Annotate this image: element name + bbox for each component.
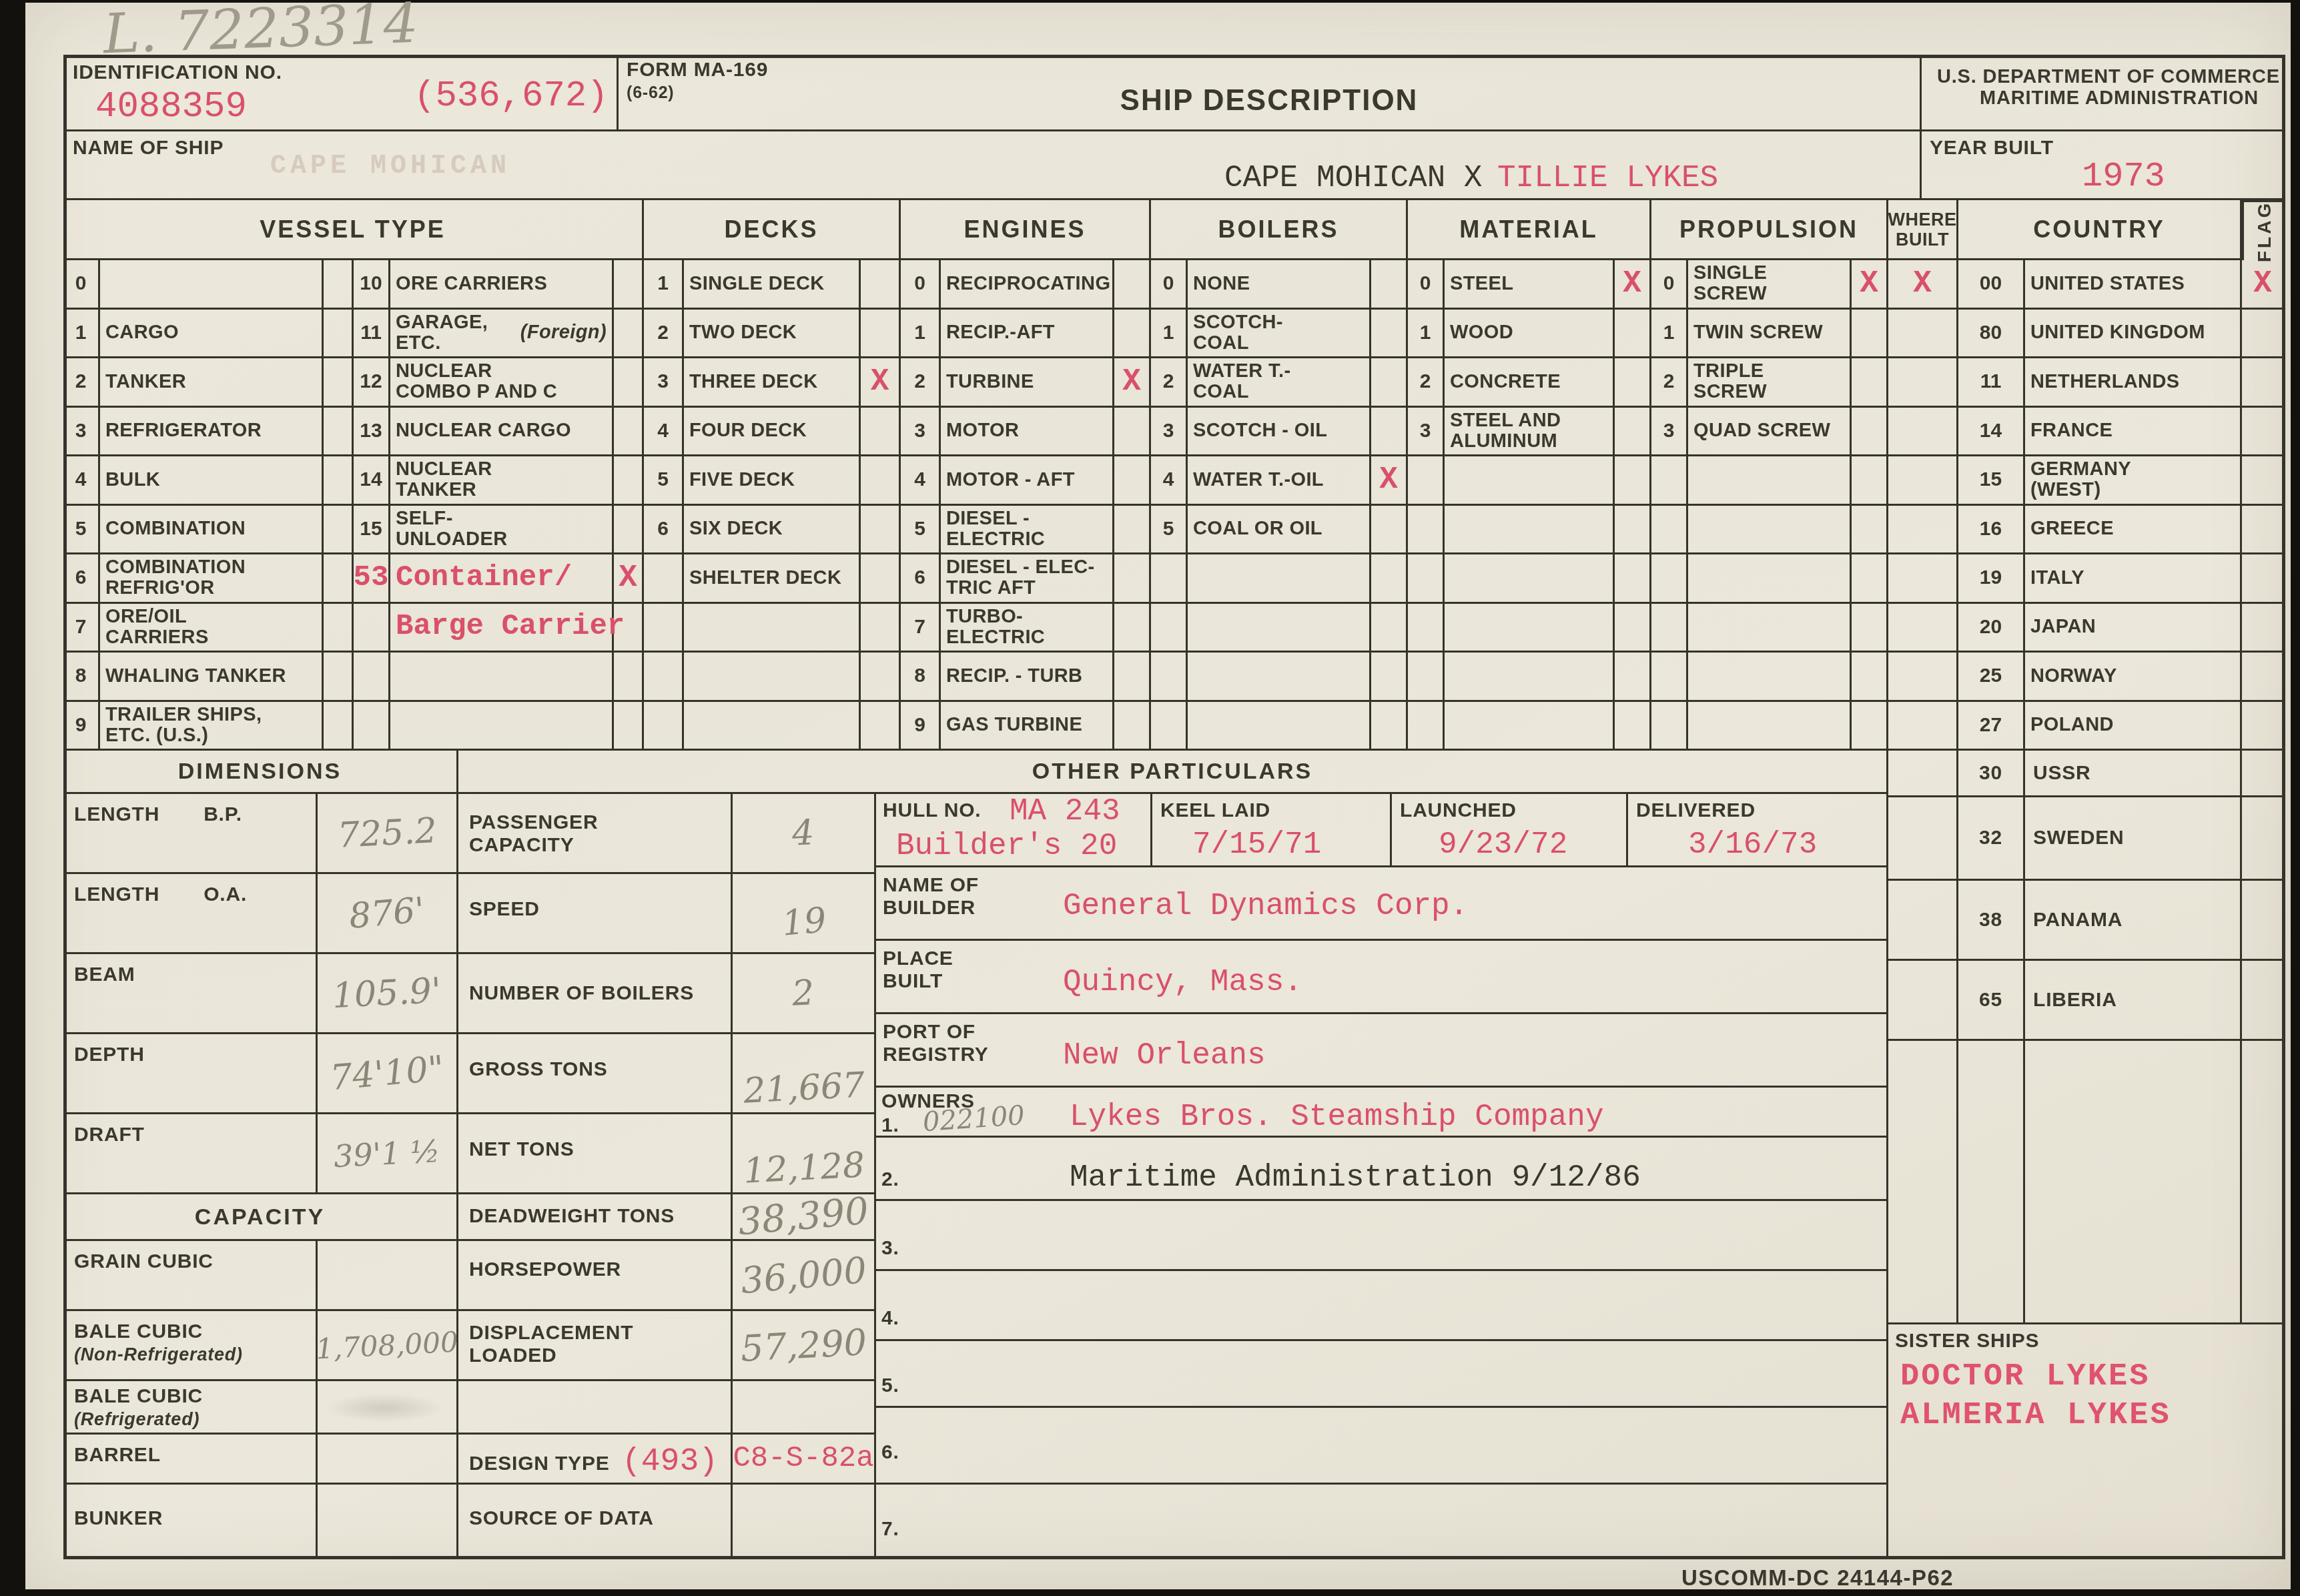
cls-country-r4-label: GERMANY (WEST) <box>2025 456 2242 506</box>
header-vessel-type: VESSEL TYPE <box>63 200 644 260</box>
bale-nr-value: 1,708,000 <box>315 1325 459 1365</box>
deadweight-tons-label: DEADWEIGHT TONS <box>469 1205 675 1227</box>
cls-vt2-r3-label: NUCLEAR CARGO <box>390 408 614 457</box>
cls-vt1-r3-num: 3 <box>63 408 100 457</box>
cls-boilers-r4-text: X <box>1379 462 1398 497</box>
cls-country-r1-text: 80 <box>1980 322 2002 344</box>
cls-vt2-r0-text: 10 <box>360 272 382 295</box>
cls-vt2-r4-check <box>614 456 644 506</box>
cls-engines-r3-label: MOTOR <box>941 408 1114 457</box>
cls-engines-r2-label: TURBINE <box>941 358 1114 408</box>
cls-propulsion-r0-text: 0 <box>1663 272 1675 295</box>
cls-material-r5-label <box>1445 506 1615 555</box>
cls-material-r2-num: 2 <box>1408 358 1445 408</box>
cls-country-r6-label: ITALY <box>2025 554 2242 604</box>
cls-decks-r1-label: TWO DECK <box>684 310 861 359</box>
cls-country-r8-num: 25 <box>1958 653 2025 702</box>
owner3-number: 3. <box>881 1237 899 1260</box>
cls-material-r5-check <box>1615 506 1651 555</box>
cls-engines-r6-num: 6 <box>901 554 941 604</box>
cls-material-r7-label <box>1445 604 1615 653</box>
length-bp-sub: B.P. <box>204 803 242 825</box>
row-owners-3: 3. <box>876 1201 1888 1271</box>
horsepower-label: HORSEPOWER <box>469 1258 621 1280</box>
header-decks: DECKS <box>644 200 901 260</box>
cls-country-r8-text: NORWAY <box>2030 666 2117 687</box>
bale-r-label: BALE CUBIC <box>74 1385 203 1407</box>
cls-vt2-r9-label <box>390 702 614 751</box>
cls-engines-r8-text: 8 <box>914 665 925 687</box>
country-row-ussr: 30 USSR <box>1888 751 2285 797</box>
cls-propulsion-r8-num <box>1651 653 1688 702</box>
mid-row-deadweight: DEADWEIGHT TONS 38,390 <box>458 1194 876 1241</box>
cls-decks-r0-text: 1 <box>657 272 669 295</box>
cls-vt1-r1-text: 1 <box>75 322 87 344</box>
owner1-code: 022100 <box>922 1100 1026 1138</box>
cls-decks-r5-text: 6 <box>657 518 669 540</box>
cls-decks-r2-text: X <box>871 364 889 399</box>
place-built-value: Quincy, Mass. <box>1063 965 1302 1000</box>
cls-country-r9-text: POLAND <box>2030 715 2114 735</box>
other-particulars-title: OTHER PARTICULARS <box>1032 760 1313 783</box>
cls-engines-r6-check <box>1114 554 1151 604</box>
draft-label: DRAFT <box>74 1124 145 1146</box>
cls-material-r1-num: 1 <box>1408 310 1445 359</box>
agency-line1: U.S. DEPARTMENT OF COMMERCE <box>1922 65 2280 88</box>
cls-decks-r2-num: 3 <box>644 358 684 408</box>
barrel-label: BARREL <box>74 1444 161 1466</box>
sister-ship-1: DOCTOR LYKES <box>1900 1359 2150 1394</box>
cls-engines-r7-text: 7 <box>914 616 925 639</box>
cls-engines-r7-num: 7 <box>901 604 941 653</box>
speed-value: 19 <box>779 883 827 943</box>
cls-vt2-r5-text: SELF- UNLOADER <box>396 508 508 550</box>
delivered-cell: DELIVERED 3/16/73 <box>1628 794 1888 867</box>
mid-row-source: SOURCE OF DATA <box>458 1485 876 1559</box>
cls-vt1-r9-check <box>324 702 354 751</box>
cls-boilers-r3-check <box>1371 408 1408 457</box>
cls-engines-r7-check <box>1114 604 1151 653</box>
cls-boilers-r9-label <box>1188 702 1371 751</box>
keel-laid-cell: KEEL LAID 7/15/71 <box>1152 794 1392 867</box>
cls-material-r7-num <box>1408 604 1445 653</box>
cls-material-r4-num <box>1408 456 1445 506</box>
cls-propulsion-r9-check <box>1852 702 1888 751</box>
cls-material-r3-text: STEEL AND ALUMINUM <box>1450 410 1561 452</box>
country-label-panama: PANAMA <box>2025 881 2242 961</box>
cls-propulsion-r5-label <box>1688 506 1852 555</box>
cls-vt2-r7-label: Barge Carrier <box>390 604 614 653</box>
design-type-paren: (493) <box>622 1444 718 1480</box>
cls-propulsion-r0-text: SINGLE SCREW <box>1693 263 1844 304</box>
cls-material-r0-text: 0 <box>1420 272 1431 295</box>
cls-propulsion-r4-label <box>1688 456 1852 506</box>
bunker-label: BUNKER <box>74 1507 163 1529</box>
cls-vt2-r9-num <box>354 702 390 751</box>
cls-vt1-r2-text: 2 <box>75 370 87 393</box>
cls-propulsion-r2-num: 2 <box>1651 358 1688 408</box>
cls-boilers-r7-check <box>1371 604 1408 653</box>
cls-propulsion-r5-num <box>1651 506 1688 555</box>
cls-engines-r7-label: TURBO- ELECTRIC <box>941 604 1114 653</box>
cls-material-r2-text: 2 <box>1420 370 1431 393</box>
agency-line2: MARITIME ADMINISTRATION <box>1922 87 2259 109</box>
cls-material-r7-check <box>1615 604 1651 653</box>
cls-vt2-r0-check <box>614 260 644 310</box>
cls-vt2-r3-text: NUCLEAR CARGO <box>396 420 571 441</box>
cls-decks-r0-check <box>861 260 901 310</box>
mid-row-empty <box>458 1381 876 1435</box>
cls-material-r2-label: CONCRETE <box>1445 358 1615 408</box>
cls-country-r6-text: 19 <box>1980 566 2002 589</box>
dim-row-draft: DRAFT 39'1 ½ <box>63 1114 458 1194</box>
cls-material-r3-num: 3 <box>1408 408 1445 457</box>
cls-vt2-r2-num: 12 <box>354 358 390 408</box>
cls-boilers-r6-num <box>1151 554 1188 604</box>
port-of-registry-value: New Orleans <box>1063 1038 1266 1073</box>
cls-boilers-r4-text: WATER T.-OIL <box>1193 470 1324 490</box>
hull-no-builders: Builder's 20 <box>896 829 1117 863</box>
cls-vt1-r9-num: 9 <box>63 702 100 751</box>
cls-engines-r2-check: X <box>1114 358 1151 408</box>
cls-vt1-r4-text: 4 <box>75 468 87 491</box>
cls-engines-r0-text: 0 <box>914 272 925 295</box>
owner6-number: 6. <box>881 1441 899 1464</box>
country-label-liberia: LIBERIA <box>2025 961 2242 1041</box>
footer-print-code: USCOMM-DC 24144-P62 <box>1681 1567 1954 1589</box>
cls-wherebuilt-r2-check <box>1888 358 1958 408</box>
cls-material-r6-num <box>1408 554 1445 604</box>
mid-row-horsepower: HORSEPOWER 36,000 <box>458 1241 876 1311</box>
cls-country-r9-num: 27 <box>1958 702 2025 751</box>
cls-country-r3-num: 14 <box>1958 408 2025 457</box>
cls-boilers-r0-num: 0 <box>1151 260 1188 310</box>
country-label-sweden: SWEDEN <box>2025 797 2242 881</box>
cls-engines-r4-label: MOTOR - AFT <box>941 456 1114 506</box>
header-engines: ENGINES <box>901 200 1151 260</box>
cls-engines-r1-label: RECIP.-AFT <box>941 310 1114 359</box>
cls-propulsion-r8-check <box>1852 653 1888 702</box>
length-oa-sub: O.A. <box>204 883 247 905</box>
cls-boilers-r3-label: SCOTCH - OIL <box>1188 408 1371 457</box>
cls-country-r2-text: 11 <box>1980 370 2002 393</box>
cls-material-r1-label: WOOD <box>1445 310 1615 359</box>
cls-country-r7-text: 20 <box>1980 616 2002 639</box>
cls-engines-r6-text: 6 <box>914 566 925 589</box>
cls-flag-r7-check <box>2242 604 2285 653</box>
dim-row-length-bp: LENGTHB.P. 725.2 <box>63 794 458 874</box>
cls-decks-r3-text: FOUR DECK <box>689 420 807 441</box>
cls-vt1-r0-text: 0 <box>75 272 87 295</box>
cls-country-r0-num: 00 <box>1958 260 2025 310</box>
cls-engines-r8-label: RECIP. - TURB <box>941 653 1114 702</box>
cls-decks-r4-text: FIVE DECK <box>689 470 795 490</box>
cls-vt1-r2-label: TANKER <box>100 358 324 408</box>
cls-vt2-r1-check <box>614 310 644 359</box>
country-row-empty <box>1888 1041 2285 1324</box>
cls-material-r2-check <box>1615 358 1651 408</box>
cls-vt1-r5-text: 5 <box>75 518 87 540</box>
identification-value: 4088359 <box>95 87 247 127</box>
cls-vt1-r6-text: COMBINATION REFRIG'OR <box>105 557 246 598</box>
cls-vt1-r0-check <box>324 260 354 310</box>
cls-propulsion-r9-label <box>1688 702 1852 751</box>
cls-engines-r9-text: 9 <box>914 714 925 737</box>
cls-vt2-r8-label <box>390 653 614 702</box>
cls-vt2-r5-text: 15 <box>360 518 382 540</box>
mid-row-boilers: NUMBER OF BOILERS 2 <box>458 954 876 1034</box>
cls-engines-r9-label: GAS TURBINE <box>941 702 1114 751</box>
keel-laid-value: 7/15/71 <box>1192 827 1321 862</box>
cls-decks-r1-text: 2 <box>657 322 669 344</box>
cls-country-r8-label: NORWAY <box>2025 653 2242 702</box>
row-port-registry: PORT OF REGISTRY New Orleans <box>876 1014 1888 1088</box>
cls-boilers-r6-check <box>1371 554 1408 604</box>
country-num-ussr: 30 <box>1958 751 2025 797</box>
gross-tons-label: GROSS TONS <box>469 1058 607 1080</box>
bale-nr-sub: (Non-Refrigerated) <box>74 1343 316 1366</box>
cap-row-bale-nr: BALE CUBIC (Non-Refrigerated) 1,708,000 <box>63 1311 458 1381</box>
cls-material-r0-label: STEEL <box>1445 260 1615 310</box>
row-hull-dates: HULL NO. MA 243 Builder's 20 KEEL LAID 7… <box>876 794 1888 867</box>
cls-engines-r3-text: 3 <box>914 420 925 442</box>
cls-vt2-r0-label: ORE CARRIERS <box>390 260 614 310</box>
cls-boilers-r3-text: SCOTCH - OIL <box>1193 420 1327 441</box>
cls-vt2-r4-text: NUCLEAR TANKER <box>396 459 492 500</box>
cls-vt1-r3-check <box>324 408 354 457</box>
cls-vt1-r7-num: 7 <box>63 604 100 653</box>
country-row-liberia: 65 LIBERIA <box>1888 961 2285 1041</box>
cls-vt2-r8-check <box>614 653 644 702</box>
cls-boilers-r6-label <box>1188 554 1371 604</box>
cls-material-r0-text: STEEL <box>1450 274 1513 294</box>
country-row-panama: 38 PANAMA <box>1888 881 2285 961</box>
cls-engines-r3-check <box>1114 408 1151 457</box>
cls-vt2-r2-text: NUCLEAR COMBO P AND C <box>396 361 557 402</box>
cls-boilers-r7-num <box>1151 604 1188 653</box>
cls-propulsion-r1-check <box>1852 310 1888 359</box>
keel-laid-label: KEEL LAID <box>1160 799 1270 822</box>
cls-boilers-r9-check <box>1371 702 1408 751</box>
cls-vt1-r6-label: COMBINATION REFRIG'OR <box>100 554 324 604</box>
cls-country-r4-num: 15 <box>1958 456 2025 506</box>
cls-vt1-r7-text: 7 <box>75 616 87 639</box>
country-num-panama: 38 <box>1958 881 2025 961</box>
cls-boilers-r4-text: 4 <box>1163 468 1174 491</box>
cls-flag-r8-check <box>2242 653 2285 702</box>
cls-engines-r4-check <box>1114 456 1151 506</box>
owner1-name: Lykes Bros. Steamship Company <box>1070 1100 1604 1134</box>
cls-boilers-r0-text: 0 <box>1163 272 1174 295</box>
cls-propulsion-r1-text: TWIN SCREW <box>1693 322 1823 343</box>
cls-vt1-r1-num: 1 <box>63 310 100 359</box>
cls-decks-r9-num <box>644 702 684 751</box>
design-type-value: C8-S-82a <box>733 1442 873 1475</box>
row-builder: NAME OF BUILDER General Dynamics Corp. <box>876 867 1888 941</box>
cls-engines-r9-check <box>1114 702 1151 751</box>
agency-cell: U.S. DEPARTMENT OF COMMERCE MARITIME ADM… <box>1922 55 2285 131</box>
cls-vt1-r2-num: 2 <box>63 358 100 408</box>
delivered-value: 3/16/73 <box>1688 827 1817 862</box>
ship-name: CAPE MOHICAN X TILLIE LYKES <box>1224 161 1718 195</box>
cls-boilers-r4-num: 4 <box>1151 456 1188 506</box>
cls-vt1-r3-text: 3 <box>75 420 87 442</box>
cls-engines-r2-num: 2 <box>901 358 941 408</box>
page-title: SHIP DESCRIPTION <box>619 89 1920 112</box>
cls-boilers-r0-text: NONE <box>1193 274 1250 294</box>
cls-country-r4-text: 15 <box>1980 468 2002 491</box>
cls-engines-r6-text: DIESEL - ELEC- TRIC AFT <box>946 557 1095 598</box>
capacity-header: CAPACITY <box>63 1194 458 1241</box>
cls-propulsion-r0-check: X <box>1852 260 1888 310</box>
cls-decks-r8-label <box>684 653 861 702</box>
cap-row-bale-r: BALE CUBIC (Refrigerated) <box>63 1381 458 1435</box>
cls-vt2-r5-num: 15 <box>354 506 390 555</box>
cls-material-r9-num <box>1408 702 1445 751</box>
cls-material-r8-label <box>1445 653 1615 702</box>
cls-vt2-r1-text: 11 <box>360 322 382 344</box>
cls-material-r3-text: 3 <box>1420 420 1431 442</box>
country-num-sweden: 32 <box>1958 797 2025 881</box>
classification-grid: 010ORE CARRIERS1SINGLE DECK0RECIPROCATIN… <box>63 260 2285 751</box>
cls-boilers-r5-text: 5 <box>1163 518 1174 540</box>
cls-vt2-r3-text: 13 <box>360 420 382 442</box>
cls-vt1-r2-check <box>324 358 354 408</box>
cls-flag-r5-check <box>2242 506 2285 555</box>
cls-vt2-r0-num: 10 <box>354 260 390 310</box>
cls-material-r2-text: CONCRETE <box>1450 372 1561 392</box>
cls-propulsion-r3-check <box>1852 408 1888 457</box>
cls-vt1-r8-text: WHALING TANKER <box>105 666 286 687</box>
cls-country-r5-num: 16 <box>1958 506 2025 555</box>
cls-engines-r4-text: 4 <box>914 468 925 491</box>
form-title-cell: FORM MA-169 (6-62) SHIP DESCRIPTION <box>619 55 1922 131</box>
cls-material-r6-label <box>1445 554 1615 604</box>
cls-boilers-r2-check <box>1371 358 1408 408</box>
cls-decks-r3-label: FOUR DECK <box>684 408 861 457</box>
cls-country-r0-text: 00 <box>1980 272 2002 295</box>
cls-vt1-r2-text: TANKER <box>105 372 186 392</box>
cls-material-r5-num <box>1408 506 1445 555</box>
port-of-registry-label: PORT OF REGISTRY <box>883 1021 989 1066</box>
cls-engines-r5-num: 5 <box>901 506 941 555</box>
cls-vt1-r5-label: COMBINATION <box>100 506 324 555</box>
design-type-label: DESIGN TYPE <box>469 1453 610 1475</box>
cls-decks-r0-num: 1 <box>644 260 684 310</box>
depth-label: DEPTH <box>74 1044 145 1066</box>
cls-country-r0-label: UNITED STATES <box>2025 260 2242 310</box>
cls-propulsion-r5-check <box>1852 506 1888 555</box>
cls-vt2-r8-num <box>354 653 390 702</box>
cls-decks-r6-text: SHELTER DECK <box>689 568 841 588</box>
cls-vt1-r7-check <box>324 604 354 653</box>
cls-country-r5-label: GREECE <box>2025 506 2242 555</box>
cls-country-r3-label: FRANCE <box>2025 408 2242 457</box>
dim-row-depth: DEPTH 74'10" <box>63 1034 458 1114</box>
number-of-boilers-value: 2 <box>791 973 815 1014</box>
cls-country-r7-text: JAPAN <box>2030 617 2096 637</box>
cls-propulsion-r1-text: 1 <box>1663 322 1675 344</box>
cap-row-barrel: BARREL <box>63 1435 458 1485</box>
cls-decks-r8-check <box>861 653 901 702</box>
cls-decks-r4-check <box>861 456 901 506</box>
cls-engines-r8-num: 8 <box>901 653 941 702</box>
cls-propulsion-r6-check <box>1852 554 1888 604</box>
row-owners-4: 4. <box>876 1271 1888 1341</box>
cls-flag-r1-check <box>2242 310 2285 359</box>
beam-label: BEAM <box>74 963 135 985</box>
cls-vt2-r6-text: Container/ <box>396 568 572 588</box>
cls-decks-r4-label: FIVE DECK <box>684 456 861 506</box>
owner1-number: 1. <box>881 1114 899 1137</box>
net-tons-label: NET TONS <box>469 1138 574 1160</box>
cls-propulsion-r3-text: 3 <box>1663 420 1675 442</box>
cls-wherebuilt-r0-check: X <box>1888 260 1958 310</box>
net-tons-value: 12,128 <box>743 1145 866 1191</box>
cls-material-r1-check <box>1615 310 1651 359</box>
cls-decks-r7-check <box>861 604 901 653</box>
horsepower-value: 36,000 <box>739 1248 868 1301</box>
cls-material-r3-label: STEEL AND ALUMINUM <box>1445 408 1615 457</box>
cls-boilers-r1-text: SCOTCH- COAL <box>1193 312 1283 354</box>
cls-boilers-r1-text: 1 <box>1163 322 1174 344</box>
cls-material-r0-text: X <box>1623 266 1641 301</box>
cls-decks-r2-text: THREE DECK <box>689 372 818 392</box>
cls-wherebuilt-r8-check <box>1888 653 1958 702</box>
cls-wherebuilt-r3-check <box>1888 408 1958 457</box>
cls-wherebuilt-r4-check <box>1888 456 1958 506</box>
length-oa-label: LENGTH <box>74 883 159 905</box>
cls-vt2-r4-text: 14 <box>360 468 382 491</box>
launched-cell: LAUNCHED 9/23/72 <box>1392 794 1628 867</box>
cls-decks-r7-label <box>684 604 861 653</box>
cls-engines-r8-check <box>1114 653 1151 702</box>
cls-vt2-r6-label: Container/ <box>390 554 614 604</box>
mid-row-displacement: DISPLACEMENT LOADED 57,290 <box>458 1311 876 1381</box>
cls-boilers-r5-num: 5 <box>1151 506 1188 555</box>
cls-vt2-r9-check <box>614 702 644 751</box>
dimensions-title: DIMENSIONS <box>178 760 342 783</box>
cls-decks-r2-text: 3 <box>657 370 669 393</box>
cap-row-bunker: BUNKER <box>63 1485 458 1559</box>
cls-material-r8-num <box>1408 653 1445 702</box>
cls-engines-r8-text: RECIP. - TURB <box>946 666 1082 687</box>
cls-engines-r0-check <box>1114 260 1151 310</box>
cls-vt2-r2-label: NUCLEAR COMBO P AND C <box>390 358 614 408</box>
cls-wherebuilt-r9-check <box>1888 702 1958 751</box>
cls-decks-r4-text: 5 <box>657 468 669 491</box>
cls-propulsion-r7-check <box>1852 604 1888 653</box>
cls-material-r9-check <box>1615 702 1651 751</box>
passenger-capacity-label: PASSENGER CAPACITY <box>469 811 598 856</box>
dim-row-length-oa: LENGTHO.A. 876' <box>63 874 458 954</box>
cls-country-r2-num: 11 <box>1958 358 2025 408</box>
cls-engines-r2-text: TURBINE <box>946 372 1034 392</box>
cls-vt2-r5-label: SELF- UNLOADER <box>390 506 614 555</box>
erased-pencil-smudge <box>324 1393 444 1423</box>
cls-country-r5-text: GREECE <box>2030 518 2114 539</box>
cls-decks-r4-num: 5 <box>644 456 684 506</box>
row-place-built: PLACE BUILT Quincy, Mass. <box>876 941 1888 1014</box>
cls-engines-r2-text: X <box>1122 364 1141 399</box>
mid-row-net: NET TONS 12,128 <box>458 1114 876 1194</box>
name-of-builder-label: NAME OF BUILDER <box>883 874 979 919</box>
gross-tons-value: 21,667 <box>743 1065 866 1111</box>
bale-nr-label: BALE CUBIC <box>74 1320 203 1342</box>
cls-engines-r5-text: DIESEL - ELECTRIC <box>946 508 1045 550</box>
form-number: FORM MA-169 <box>627 59 768 81</box>
cls-engines-r5-text: 5 <box>914 518 925 540</box>
